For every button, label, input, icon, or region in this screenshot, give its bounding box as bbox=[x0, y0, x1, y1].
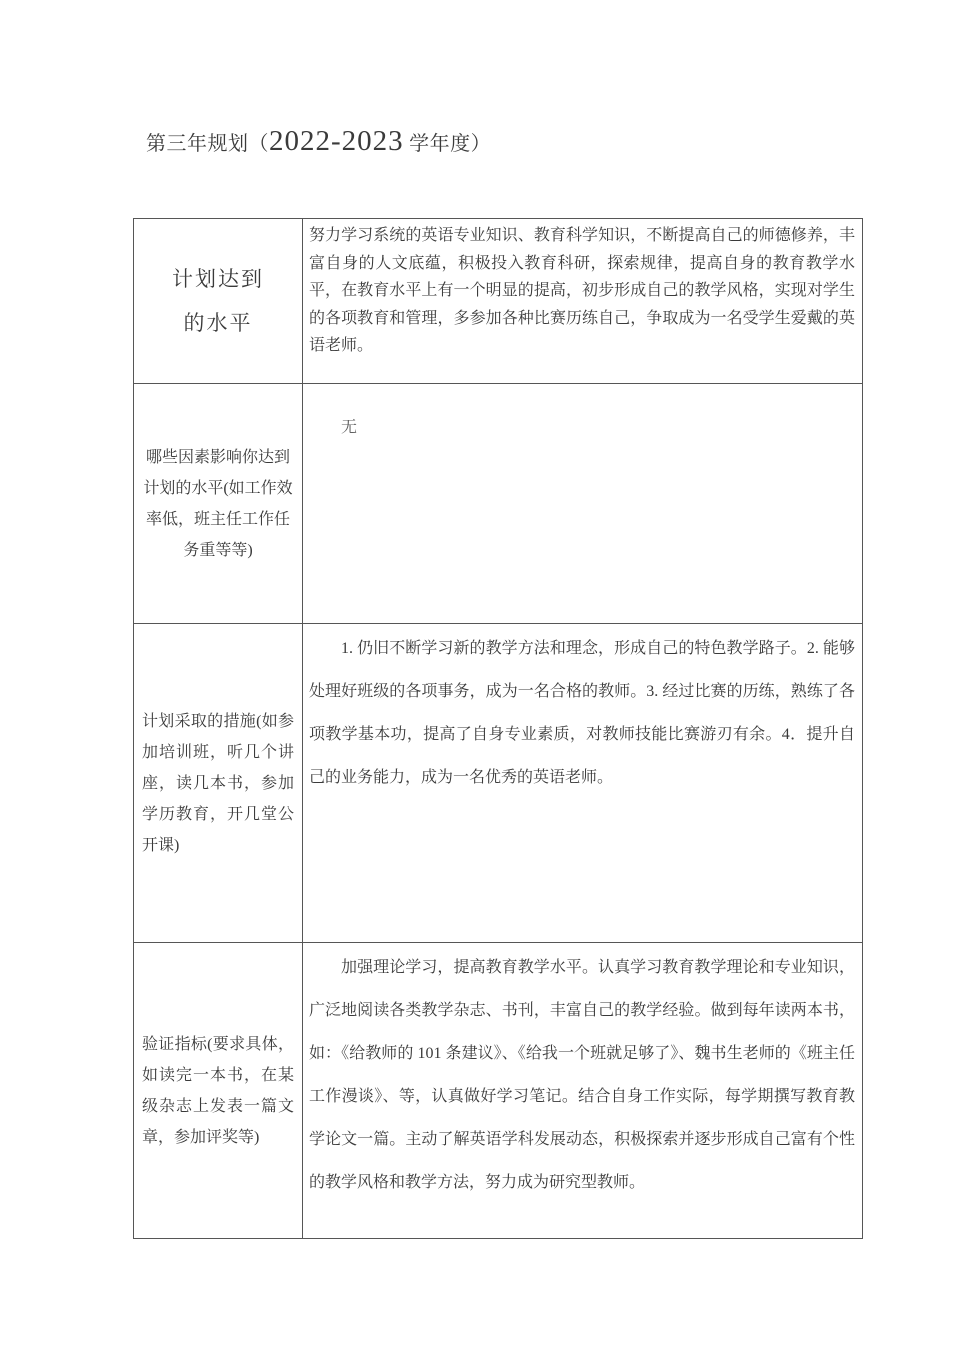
row-label-cell: 验证指标(要求具体，如读完一本书，在某级杂志上发表一篇文章，参加评奖等) bbox=[134, 943, 303, 1239]
row-content-cell: 1. 仍旧不断学习新的教学方法和理念，形成自己的特色教学路子。2. 能够处理好班… bbox=[303, 624, 863, 943]
row-content-cell: 努力学习系统的英语专业知识、教育科学知识，不断提高自己的师德修养，丰富自身的人文… bbox=[303, 219, 863, 384]
page-title-prefix: 第三年规划（ bbox=[146, 133, 269, 155]
row-content-cell: 无 bbox=[303, 384, 863, 624]
row-content: 1. 仍旧不断学习新的教学方法和理念，形成自己的特色教学路子。2. 能够处理好班… bbox=[309, 640, 855, 786]
table-row: 计划达到的水平 努力学习系统的英语专业知识、教育科学知识，不断提高自己的师德修养… bbox=[134, 219, 863, 384]
row-label: 验证指标(要求具体，如读完一本书，在某级杂志上发表一篇文章，参加评奖等) bbox=[142, 1036, 294, 1146]
row-content: 努力学习系统的英语专业知识、教育科学知识，不断提高自己的师德修养，丰富自身的人文… bbox=[309, 227, 855, 354]
table-row: 计划采取的措施(如参加培训班，听几个讲座，读几本书，参加学历教育，开几堂公开课)… bbox=[134, 624, 863, 943]
page-title-year: 2022-2023 bbox=[269, 125, 404, 157]
plan-table: 计划达到的水平 努力学习系统的英语专业知识、教育科学知识，不断提高自己的师德修养… bbox=[133, 218, 863, 1239]
row-content: 无 bbox=[341, 419, 357, 436]
page-title: 第三年规划（2022-2023 学年度） bbox=[146, 122, 491, 163]
row-content-cell: 加强理论学习，提高教育教学水平。认真学习教育教学理论和专业知识，广泛地阅读各类教… bbox=[303, 943, 863, 1239]
table-row: 验证指标(要求具体，如读完一本书，在某级杂志上发表一篇文章，参加评奖等) 加强理… bbox=[134, 943, 863, 1239]
row-label-cell: 计划达到的水平 bbox=[134, 219, 303, 384]
row-label: 计划达到的水平 bbox=[166, 257, 270, 345]
row-label: 哪些因素影响你达到计划的水平(如工作效率低，班主任工作任务重等等) bbox=[143, 449, 292, 559]
page-title-suffix: 学年度） bbox=[404, 133, 492, 155]
row-label-cell: 计划采取的措施(如参加培训班，听几个讲座，读几本书，参加学历教育，开几堂公开课) bbox=[134, 624, 303, 943]
row-content: 加强理论学习，提高教育教学水平。认真学习教育教学理论和专业知识，广泛地阅读各类教… bbox=[309, 959, 855, 1191]
row-label: 计划采取的措施(如参加培训班，听几个讲座，读几本书，参加学历教育，开几堂公开课) bbox=[142, 713, 294, 854]
row-label-cell: 哪些因素影响你达到计划的水平(如工作效率低，班主任工作任务重等等) bbox=[134, 384, 303, 624]
table-row: 哪些因素影响你达到计划的水平(如工作效率低，班主任工作任务重等等) 无 bbox=[134, 384, 863, 624]
